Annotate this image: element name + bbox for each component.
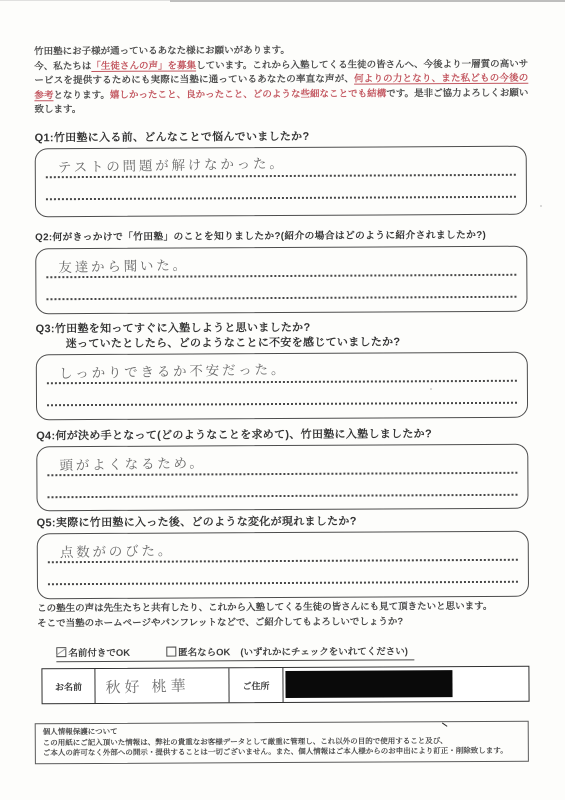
intro-line1: 竹田塾にお子様が通っているあなた様にお願いがあります。: [34, 45, 290, 57]
question-3-heading: Q3:竹田塾を知ってすぐに入塾しようと思いましたか? 迷っていたとしたら、どのよ…: [36, 320, 536, 353]
question-1-answer-box: テストの問題が解けなかった。: [35, 146, 527, 218]
question-1-label: Q1:竹田塾に入る前、どんなことで悩んでいましたか?: [35, 129, 535, 147]
dotted-writing-line: [46, 196, 516, 200]
question-4-label: Q4:何が決め手となって(どのようなことを求めて)、竹田塾に入塾しましたか?: [36, 427, 536, 445]
consent-note: (いずれかにチェックをいれてください): [240, 646, 408, 658]
checkbox-named-ok-checked-icon: [56, 647, 66, 657]
question-3-label-line2: 迷っていたとしたら、どのようなことに不安を感じていましたか?: [66, 335, 536, 352]
intro-text: となります。: [53, 90, 109, 101]
handwritten-name: 秋好 桃華: [105, 674, 190, 697]
redacted-address-block: [285, 670, 452, 698]
share-request-line1: この塾生の声は先生たちと共有したり、これから入塾してくる生徒の皆さんにも見て頂き…: [37, 601, 492, 614]
dotted-writing-line: [46, 296, 516, 300]
question-1-handwritten-answer: テストの問題が解けなかった。: [58, 152, 286, 176]
question-5-label: Q5:実際に竹田塾に入った後、どのような変化が現れましたか?: [37, 514, 537, 532]
dotted-writing-line: [47, 402, 517, 406]
question-5-answer-box: 点数がのびた。: [37, 531, 529, 600]
checkbox-anonymous-ok-icon: [166, 647, 176, 657]
dotted-writing-line: [48, 494, 518, 498]
question-2-handwritten-answer: 友達から聞いた。: [58, 254, 189, 276]
question-5-heading: Q5:実際に竹田塾に入った後、どのような変化が現れましたか?: [37, 514, 537, 532]
intro-paragraph: 竹田塾にお子様が通っているあなた様にお願いがあります。 今、私たちは「生徒さんの…: [34, 43, 528, 119]
question-3-answer-box: しっかりできるか不安だった。: [36, 352, 528, 421]
name-value-cell: 秋好 桃華: [95, 668, 229, 703]
question-5-handwritten-answer: 点数がのびた。: [60, 539, 174, 561]
question-1-heading: Q1:竹田塾に入る前、どんなことで悩んでいましたか?: [35, 129, 535, 147]
privacy-policy-box: 個人情報保護について この用紙にご記入頂いた情報は、弊社の貴重なお客様データとし…: [35, 721, 529, 764]
address-label-cell: ご住所: [229, 668, 282, 702]
share-request-line2: そこで当塾のホームページやパンフレットなどで、ご紹介してもよろしいでしょうか?: [37, 616, 403, 629]
dotted-writing-line: [48, 581, 518, 585]
question-4-answer-box: 頭がよくなるため。: [36, 444, 528, 512]
question-3-handwritten-answer: しっかりできるか不安だった。: [59, 358, 288, 382]
consent-option-named-label: 名前付きでOK: [68, 648, 130, 659]
question-2-answer-box: 友達から聞いた。: [35, 246, 527, 315]
share-request-paragraph: この塾生の声は先生たちと共有したり、これから入塾してくる生徒の皆さんにも見て頂き…: [37, 599, 537, 632]
intro-red-highlight-3: 嬉しかったこと、良かったこと、どのような些細なことでも結構: [110, 88, 386, 100]
consent-option-anonymous-label: 匿名ならOK: [178, 647, 230, 658]
question-2-label: Q2:何がきっかけで「竹田塾」のことを知りましたか?(紹介の場合はどのように紹介…: [35, 228, 535, 246]
question-2-heading: Q2:何がきっかけで「竹田塾」のことを知りましたか?(紹介の場合はどのように紹介…: [35, 228, 535, 246]
name-address-table: お名前 秋好 桃華 ご住所: [41, 666, 529, 705]
question-4-heading: Q4:何が決め手となって(どのようなことを求めて)、竹田塾に入塾しましたか?: [36, 427, 536, 445]
consent-options-row: 名前付きでOK匿名ならOK(いずれかにチェックをいれてください): [56, 643, 414, 662]
intro-red-highlight-1: 「生徒さんの声」を募集: [91, 60, 196, 72]
address-value-cell: [282, 667, 528, 702]
privacy-line2: ご本人の許可なく外部への開示・提供することは一切ございません。また、個人情報はご…: [43, 746, 521, 759]
intro-text: 今、私たちは: [34, 61, 91, 72]
question-4-handwritten-answer: 頭がよくなるため。: [59, 451, 206, 474]
name-label-cell: お名前: [42, 669, 95, 703]
scanned-questionnaire-page: 竹田塾にお子様が通っているあなた様にお願いがあります。 今、私たちは「生徒さんの…: [0, 0, 565, 800]
